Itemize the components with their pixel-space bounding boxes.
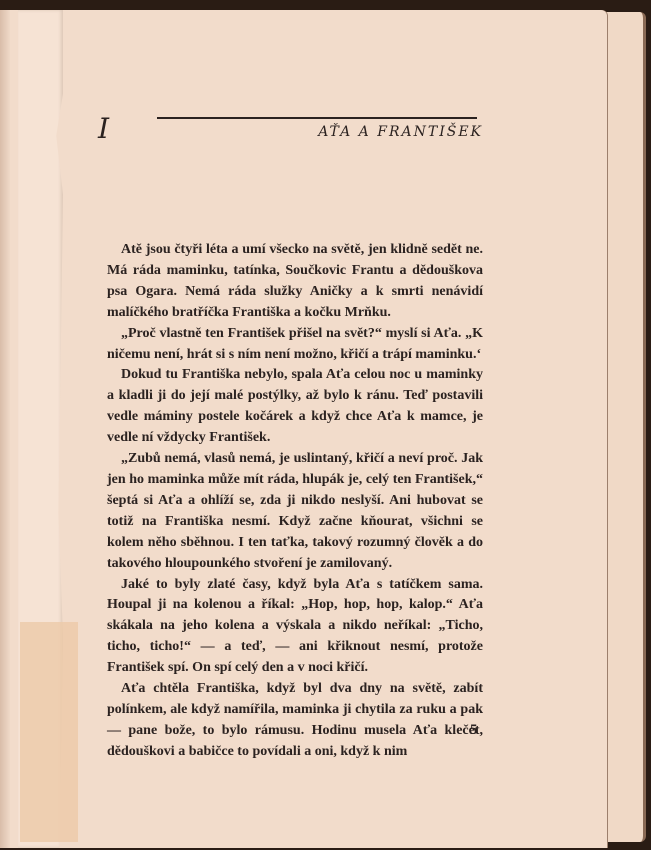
chapter-number: I: [98, 112, 109, 145]
heading-rule: [157, 117, 477, 119]
repair-tape: [20, 622, 78, 842]
paragraph: Jaké to byly zlaté časy, když byla Aťa s…: [107, 575, 483, 680]
paragraph: Atě jsou čtyři léta a umí všecko na svět…: [107, 240, 483, 324]
body-text: Atě jsou čtyři léta a umí všecko na svět…: [107, 240, 483, 763]
paragraph: Dokud tu Františka nebylo, spala Aťa cel…: [107, 365, 483, 449]
spine-strip: [0, 10, 10, 848]
chapter-title: AŤA A FRANTIŠEK: [200, 124, 483, 140]
page-number: 5: [470, 722, 478, 739]
paragraph: Aťa chtěla Františka, když byl dva dny n…: [107, 679, 483, 763]
paragraph: „Proč vlastně ten František přišel na sv…: [107, 324, 483, 366]
paragraph: „Zubů nemá, vlasů nemá, je uslintaný, kř…: [107, 449, 483, 574]
